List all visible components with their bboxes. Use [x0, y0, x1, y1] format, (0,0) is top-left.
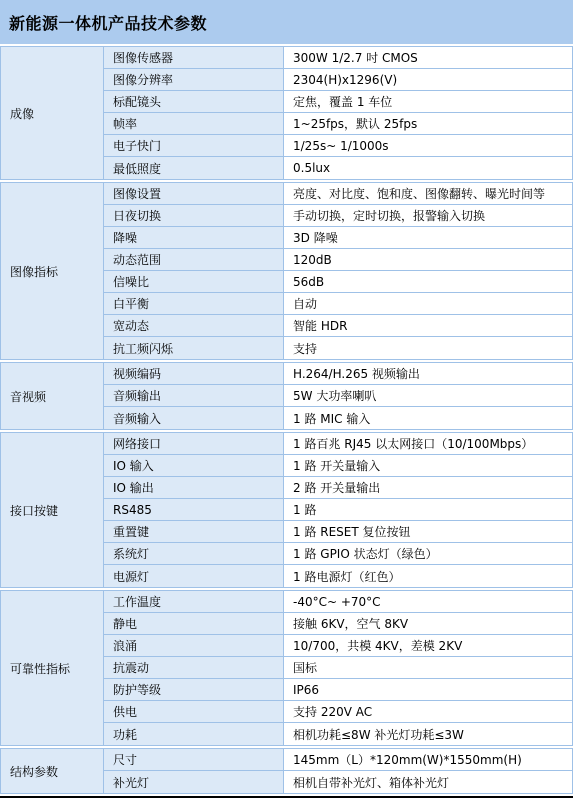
- param-cell: IO 输入: [104, 455, 284, 477]
- param-cell: 日夜切换: [104, 205, 284, 227]
- value-cell: 300W 1/2.7 吋 CMOS: [284, 47, 572, 69]
- param-cell: 视频编码: [104, 363, 284, 385]
- spec-section-reliability: 可靠性指标 工作温度 -40°C~ +70°C 静电 接触 6KV，空气 8KV…: [0, 590, 573, 746]
- value-cell: 1/25s~ 1/1000s: [284, 135, 572, 157]
- param-cell: 降噪: [104, 227, 284, 249]
- value-cell: IP66: [284, 679, 572, 701]
- value-cell: 1 路 MIC 输入: [284, 407, 572, 429]
- param-cell: 最低照度: [104, 157, 284, 179]
- category-cell: 结构参数: [1, 749, 104, 793]
- spec-sheet-page: 新能源一体机产品技术参数 成像 图像传感器 300W 1/2.7 吋 CMOS …: [0, 0, 573, 798]
- value-cell: 相机自带补光灯、箱体补光灯: [284, 771, 572, 793]
- value-cell: 1~25fps，默认 25fps: [284, 113, 572, 135]
- param-cell: 动态范围: [104, 249, 284, 271]
- value-cell: 相机功耗≤8W 补光灯功耗≤3W: [284, 723, 572, 745]
- param-cell: 电子快门: [104, 135, 284, 157]
- value-cell: 定焦，覆盖 1 车位: [284, 91, 572, 113]
- param-cell: 尺寸: [104, 749, 284, 771]
- value-cell: 智能 HDR: [284, 315, 572, 337]
- param-cell: 静电: [104, 613, 284, 635]
- value-cell: 145mm（L）*120mm(W)*1550mm(H): [284, 749, 572, 771]
- param-cell: 白平衡: [104, 293, 284, 315]
- value-cell: 手动切换，定时切换，报警输入切换: [284, 205, 572, 227]
- param-cell: IO 输出: [104, 477, 284, 499]
- value-cell: 1 路百兆 RJ45 以太网接口（10/100Mbps）: [284, 433, 572, 455]
- value-cell: 支持: [284, 337, 572, 359]
- spec-section-interfaces: 接口按键 网络接口 1 路百兆 RJ45 以太网接口（10/100Mbps） I…: [0, 432, 573, 588]
- category-cell: 成像: [1, 47, 104, 179]
- category-cell: 图像指标: [1, 183, 104, 359]
- param-cell: 工作温度: [104, 591, 284, 613]
- value-cell: 接触 6KV，空气 8KV: [284, 613, 572, 635]
- param-cell: 补光灯: [104, 771, 284, 793]
- param-cell: 功耗: [104, 723, 284, 745]
- category-cell: 音视频: [1, 363, 104, 429]
- value-cell: 亮度、对比度、饱和度、图像翻转、曝光时间等: [284, 183, 572, 205]
- value-cell: 国标: [284, 657, 572, 679]
- value-cell: 5W 大功率喇叭: [284, 385, 572, 407]
- param-cell: 电源灯: [104, 565, 284, 587]
- value-cell: 1 路 RESET 复位按钮: [284, 521, 572, 543]
- value-cell: 56dB: [284, 271, 572, 293]
- param-cell: 信噪比: [104, 271, 284, 293]
- param-cell: 标配镜头: [104, 91, 284, 113]
- value-cell: 1 路电源灯（红色）: [284, 565, 572, 587]
- param-cell: 图像传感器: [104, 47, 284, 69]
- param-cell: 音频输入: [104, 407, 284, 429]
- category-cell: 可靠性指标: [1, 591, 104, 745]
- value-cell: 1 路 开关量输入: [284, 455, 572, 477]
- param-cell: 宽动态: [104, 315, 284, 337]
- spec-section-structure: 结构参数 尺寸 145mm（L）*120mm(W)*1550mm(H) 补光灯 …: [0, 748, 573, 794]
- param-cell: 浪涌: [104, 635, 284, 657]
- value-cell: 120dB: [284, 249, 572, 271]
- spec-section-audio-video: 音视频 视频编码 H.264/H.265 视频输出 音频输出 5W 大功率喇叭 …: [0, 362, 573, 430]
- value-cell: 支持 220V AC: [284, 701, 572, 723]
- param-cell: 抗工频闪烁: [104, 337, 284, 359]
- value-cell: 2304(H)x1296(V): [284, 69, 572, 91]
- value-cell: 3D 降噪: [284, 227, 572, 249]
- value-cell: 自动: [284, 293, 572, 315]
- param-cell: 重置键: [104, 521, 284, 543]
- value-cell: 0.5lux: [284, 157, 572, 179]
- param-cell: 图像设置: [104, 183, 284, 205]
- param-cell: 抗震动: [104, 657, 284, 679]
- value-cell: -40°C~ +70°C: [284, 591, 572, 613]
- param-cell: 防护等级: [104, 679, 284, 701]
- category-cell: 接口按键: [1, 433, 104, 587]
- param-cell: 系统灯: [104, 543, 284, 565]
- spec-section-image-metrics: 图像指标 图像设置 亮度、对比度、饱和度、图像翻转、曝光时间等 日夜切换 手动切…: [0, 182, 573, 360]
- param-cell: 音频输出: [104, 385, 284, 407]
- param-cell: 帧率: [104, 113, 284, 135]
- page-title: 新能源一体机产品技术参数: [0, 0, 573, 44]
- param-cell: 供电: [104, 701, 284, 723]
- param-cell: 图像分辨率: [104, 69, 284, 91]
- value-cell: 2 路 开关量输出: [284, 477, 572, 499]
- value-cell: 10/700，共模 4KV，差模 2KV: [284, 635, 572, 657]
- spec-section-imaging: 成像 图像传感器 300W 1/2.7 吋 CMOS 图像分辨率 2304(H)…: [0, 46, 573, 180]
- value-cell: H.264/H.265 视频输出: [284, 363, 572, 385]
- value-cell: 1 路 GPIO 状态灯（绿色）: [284, 543, 572, 565]
- param-cell: 网络接口: [104, 433, 284, 455]
- value-cell: 1 路: [284, 499, 572, 521]
- param-cell: RS485: [104, 499, 284, 521]
